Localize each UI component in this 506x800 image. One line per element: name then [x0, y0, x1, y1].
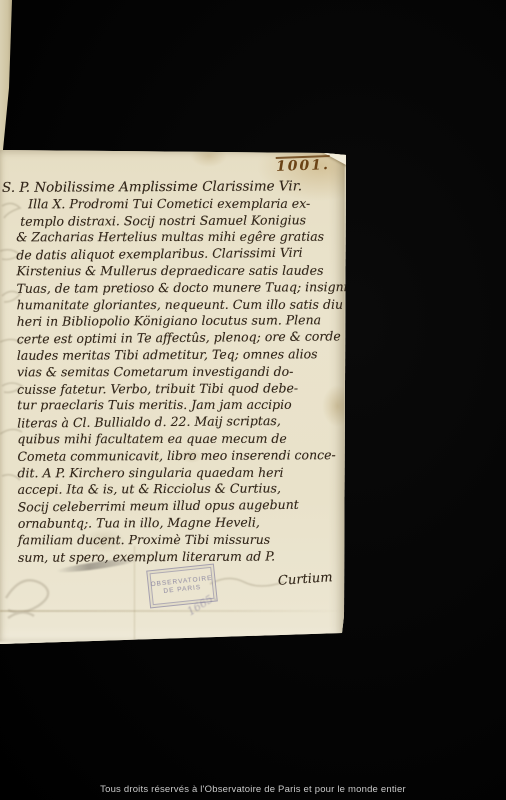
letter-line: Cometa communicavit, libro meo inserendi…: [2, 447, 344, 466]
letter-line: S. P. Nobilissime Amplissime Clarissime …: [1, 178, 343, 197]
letter-line: ornabuntq;. Tua in illo, Magne Heveli,: [3, 514, 345, 533]
letter-line: laudes meritas Tibi admetitur, Teq; omne…: [2, 346, 344, 365]
letter-line: de datis aliquot exemplaribus. Clarissim…: [1, 245, 343, 265]
letter-line: Tuas, de tam pretioso & docto munere Tua…: [2, 279, 344, 298]
letter-line: literas à Cl. Bullialdo d. 22. Maij scri…: [2, 413, 344, 433]
letter-line: vias & semitas Cometarum investigandi do…: [2, 363, 344, 380]
letter-line: certe est optimi in Te affectûs, plenoq;…: [2, 329, 344, 349]
letter-line: Illa X. Prodromi Tui Cometici exemplaria…: [1, 196, 343, 213]
letter-line: dit. A P. Kirchero singularia quaedam he…: [3, 464, 345, 481]
letter-line: quibus mihi facultatem ea quae mecum de: [2, 431, 344, 448]
letter-line: Socij celeberrimi meum illud opus augebu…: [3, 496, 345, 516]
letter-line: humanitate gloriantes, nequeunt. Cum ill…: [2, 296, 344, 313]
copyright-caption: Tous droits réservés à l'Observatoire de…: [0, 784, 506, 795]
manuscript-page: 1001. S. P. Nobilissime Amplissime Clari…: [0, 146, 348, 646]
letter-line: familiam ducent. Proximè Tibi missurus: [3, 531, 345, 548]
letter-line: sum, ut spero, exemplum literarum ad P.: [3, 548, 345, 567]
letter-line: Kirstenius & Mullerus depraedicare satis…: [1, 263, 343, 280]
letter-body: S. P. Nobilissime Amplissime Clarissime …: [1, 178, 345, 566]
letter-line: cuisse fatetur. Verbo, tribuit Tibi quod…: [2, 380, 344, 399]
letter-line: templo distraxi. Socij nostri Samuel Kon…: [1, 212, 343, 231]
scanned-manuscript-photo: { "archive_number": "1001.", "letter": {…: [0, 0, 506, 800]
archive-number: 1001.: [276, 155, 330, 175]
